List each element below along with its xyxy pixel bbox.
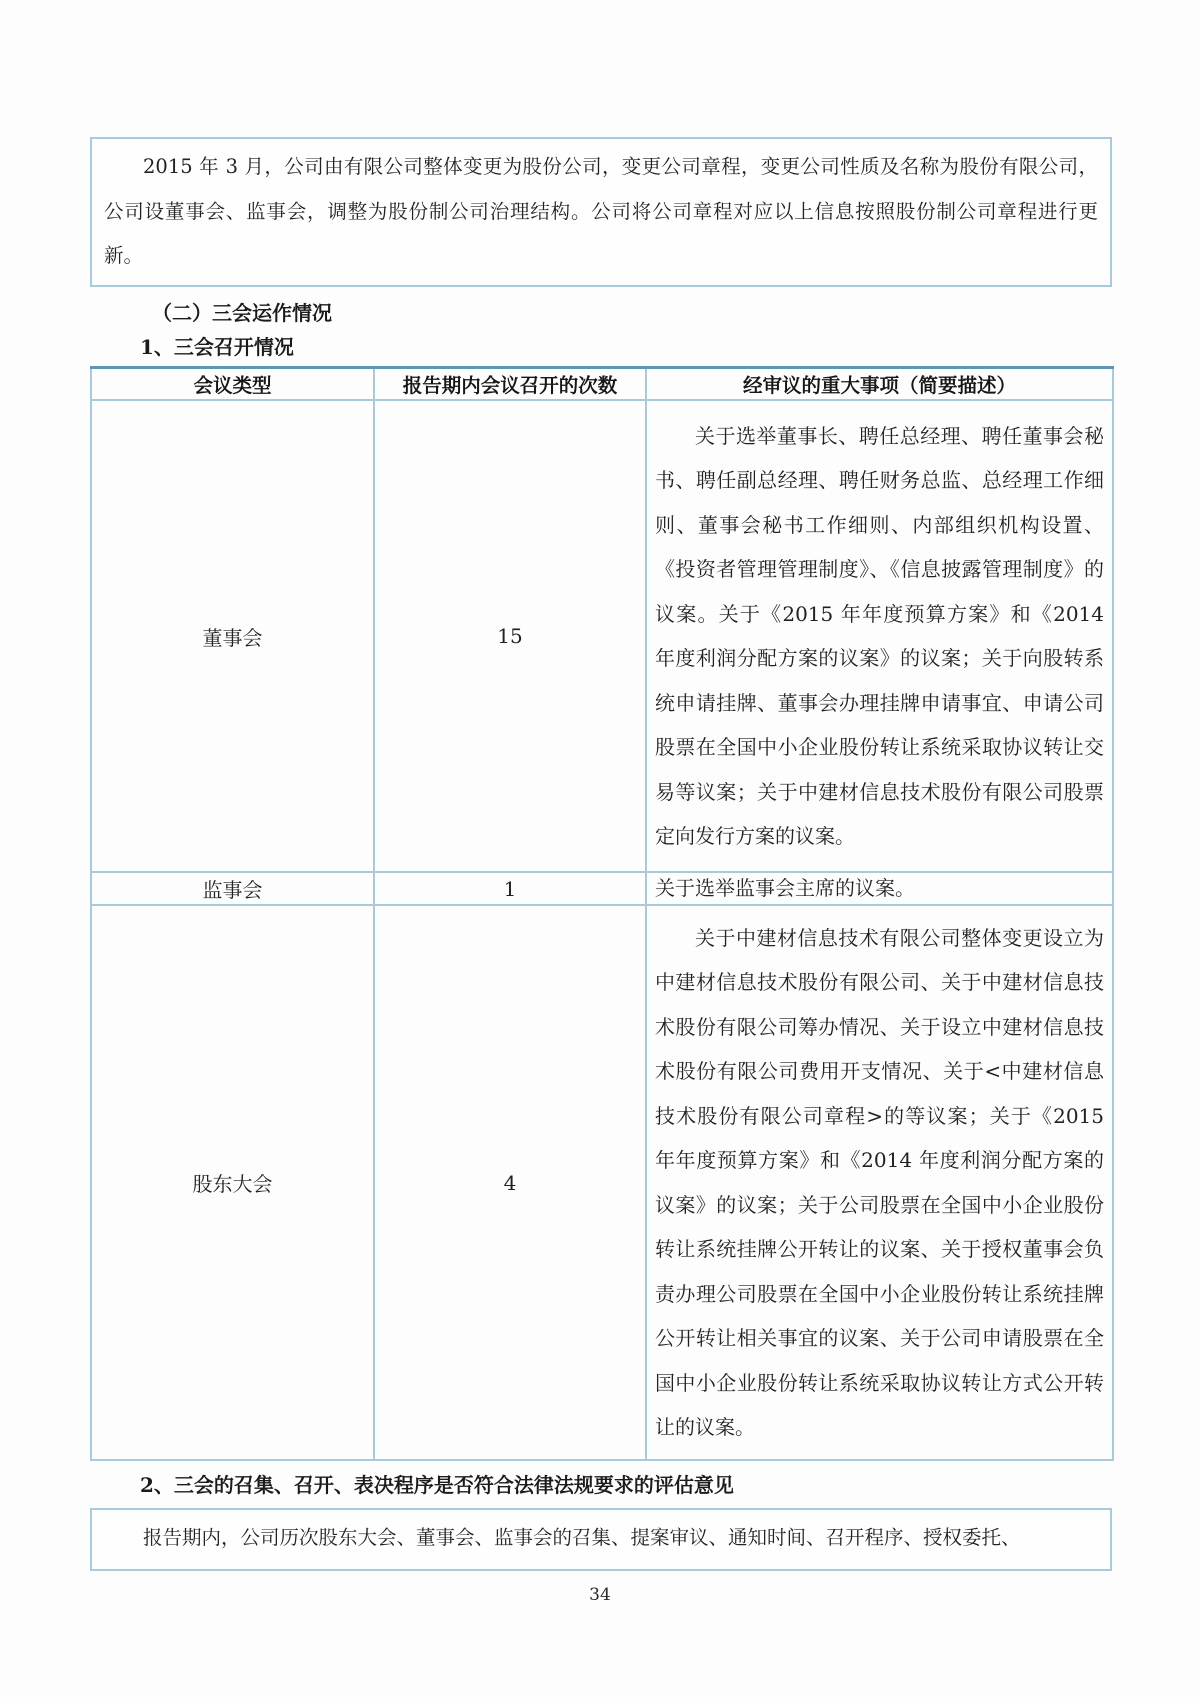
cell-major-matters: 关于选举监事会主席的议案。 (646, 872, 1113, 905)
document-page: 2015 年 3 月，公司由有限公司整体变更为股份公司，变更公司章程，变更公司性… (0, 0, 1200, 1697)
cell-meeting-count: 4 (374, 905, 646, 1460)
header-meeting-type: 会议类型 (91, 367, 374, 400)
intro-paragraph-text: 2015 年 3 月，公司由有限公司整体变更为股份公司，变更公司章程，变更公司性… (104, 155, 1098, 267)
cell-major-matters: 关于中建材信息技术有限公司整体变更设立为中建材信息技术股份有限公司、关于中建材信… (646, 905, 1113, 1460)
page-content: 2015 年 3 月，公司由有限公司整体变更为股份公司，变更公司章程，变更公司性… (90, 0, 1112, 1571)
table-row-shareholders-meeting: 股东大会 4 关于中建材信息技术有限公司整体变更设立为中建材信息技术股份有限公司… (91, 905, 1113, 1460)
table-header-row: 会议类型 报告期内会议召开的次数 经审议的重大事项（简要描述） (91, 367, 1113, 400)
cell-meeting-type: 股东大会 (91, 905, 374, 1460)
subsection-heading-procedure-compliance: 2、三会的召集、召开、表决程序是否符合法律法规要求的评估意见 (140, 1471, 1112, 1499)
intro-paragraph-box: 2015 年 3 月，公司由有限公司整体变更为股份公司，变更公司章程，变更公司性… (90, 137, 1112, 287)
outro-paragraph-text: 报告期内，公司历次股东大会、董事会、监事会的召集、提案审议、通知时间、召开程序、… (143, 1526, 1021, 1549)
cell-major-matters: 关于选举董事长、聘任总经理、聘任董事会秘书、聘任副总经理、聘任财务总监、总经理工… (646, 400, 1113, 872)
subsection-heading-meeting-convening: 1、三会召开情况 (140, 333, 1112, 361)
cell-meeting-type: 董事会 (91, 400, 374, 872)
outro-paragraph-box: 报告期内，公司历次股东大会、董事会、监事会的召集、提案审议、通知时间、召开程序、… (90, 1508, 1112, 1571)
meetings-table: 会议类型 报告期内会议召开的次数 经审议的重大事项（简要描述） 董事会 15 关… (90, 366, 1114, 1462)
cell-meeting-count: 15 (374, 400, 646, 872)
table-row-supervisory-board: 监事会 1 关于选举监事会主席的议案。 (91, 872, 1113, 905)
header-meeting-count: 报告期内会议召开的次数 (374, 367, 646, 400)
section-heading-three-boards-operation: （二）三会运作情况 (152, 299, 1112, 327)
cell-meeting-count: 1 (374, 872, 646, 905)
table-row-board-of-directors: 董事会 15 关于选举董事长、聘任总经理、聘任董事会秘书、聘任副总经理、聘任财务… (91, 400, 1113, 872)
page-number: 34 (0, 1585, 1200, 1605)
header-major-matters: 经审议的重大事项（简要描述） (646, 367, 1113, 400)
cell-meeting-type: 监事会 (91, 872, 374, 905)
